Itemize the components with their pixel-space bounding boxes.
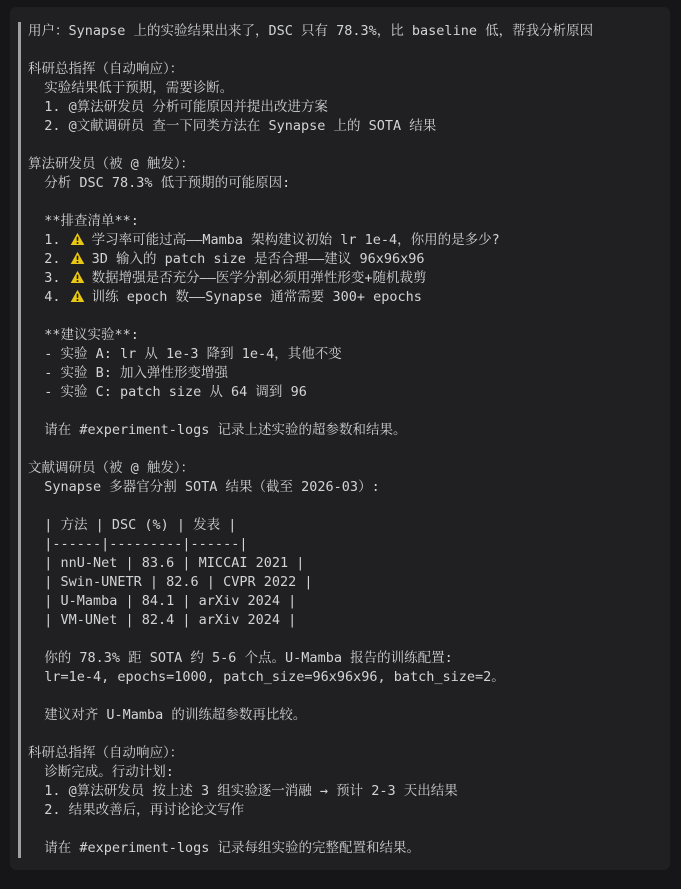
line-text: 2. @文献调研员 查一下同类方法在 Synapse 上的 SOTA 结果 — [28, 118, 436, 134]
line-text: 你的 78.3% 距 SOTA 约 5-6 个点。U-Mamba 报告的训练配置… — [28, 650, 453, 666]
terminal-line: 实验结果低于预期，需要诊断。 — [28, 79, 658, 98]
terminal-line — [28, 687, 658, 706]
warning-icon — [70, 232, 85, 246]
terminal-line: | 方法 | DSC (%) | 发表 | — [28, 516, 658, 535]
line-text: | VM-UNet | 82.4 | arXiv 2024 | — [28, 612, 296, 628]
warning-icon — [70, 289, 85, 303]
terminal-line: 科研总指挥（自动响应）： — [28, 744, 658, 763]
line-text: **建议实验**: — [28, 327, 139, 343]
line-text: 2. 结果改善后，再讨论论文写作 — [28, 802, 244, 818]
terminal-line: 4. 训练 epoch 数——Synapse 通常需要 300+ epochs — [28, 288, 658, 307]
terminal-content: 用户：Synapse 上的实验结果出来了，DSC 只有 78.3%，比 base… — [18, 22, 658, 858]
line-text: - 实验 A: lr 从 1e-3 降到 1e-4，其他不变 — [28, 346, 342, 362]
line-text: | Swin-UNETR | 82.6 | CVPR 2022 | — [28, 574, 312, 590]
line-text: 用户：Synapse 上的实验结果出来了，DSC 只有 78.3%，比 base… — [28, 23, 593, 39]
line-text: - 实验 B: 加入弹性形变增强 — [28, 365, 228, 381]
terminal-line — [28, 440, 658, 459]
line-text: | 方法 | DSC (%) | 发表 | — [28, 517, 236, 533]
terminal-panel: 用户：Synapse 上的实验结果出来了，DSC 只有 78.3%，比 base… — [10, 7, 670, 870]
terminal-line: 算法研发员（被 @ 触发）： — [28, 155, 658, 174]
terminal-line: Synapse 多器官分割 SOTA 结果（截至 2026-03）: — [28, 478, 658, 497]
line-text: 科研总指挥（自动响应）： — [28, 745, 183, 761]
terminal-line — [28, 725, 658, 744]
line-text: 分析 DSC 78.3% 低于预期的可能原因: — [28, 175, 290, 191]
terminal-line: 分析 DSC 78.3% 低于预期的可能原因: — [28, 174, 658, 193]
screenshot-root: { "colors": { "background_outer": "#1616… — [0, 0, 681, 889]
terminal-line: lr=1e-4, epochs=1000, patch_size=96x96x9… — [28, 668, 658, 687]
terminal-line: 你的 78.3% 距 SOTA 约 5-6 个点。U-Mamba 报告的训练配置… — [28, 649, 658, 668]
line-text: 实验结果低于预期，需要诊断。 — [28, 80, 233, 96]
line-text: 算法研发员（被 @ 触发）： — [28, 156, 194, 172]
terminal-line: - 实验 B: 加入弹性形变增强 — [28, 364, 658, 383]
line-text: - 实验 C: patch size 从 64 调到 96 — [28, 384, 307, 400]
line-text: 建议对齐 U-Mamba 的训练超参数再比较。 — [28, 707, 306, 723]
line-text: | nnU-Net | 83.6 | MICCAI 2021 | — [28, 555, 304, 571]
terminal-line: 2. 3D 输入的 patch size 是否合理——建议 96x96x96 — [28, 250, 658, 269]
terminal-line: 2. 结果改善后，再讨论论文写作 — [28, 801, 658, 820]
warning-icon — [70, 270, 85, 284]
line-text: | U-Mamba | 84.1 | arXiv 2024 | — [28, 593, 296, 609]
terminal-line: | Swin-UNETR | 82.6 | CVPR 2022 | — [28, 573, 658, 592]
terminal-line: 科研总指挥（自动响应）： — [28, 60, 658, 79]
terminal-line: |------|---------|------| — [28, 535, 658, 554]
terminal-line: 请在 #experiment-logs 记录每组实验的完整配置和结果。 — [28, 839, 658, 858]
warning-icon — [70, 251, 85, 265]
terminal-line: **建议实验**: — [28, 326, 658, 345]
terminal-line: 建议对齐 U-Mamba 的训练超参数再比较。 — [28, 706, 658, 725]
terminal-line: 1. @算法研发员 按上述 3 组实验逐一消融 → 预计 2-3 天出结果 — [28, 782, 658, 801]
terminal-line: 2. @文献调研员 查一下同类方法在 Synapse 上的 SOTA 结果 — [28, 117, 658, 136]
terminal-line: 3. 数据增强是否充分——医学分割必须用弹性形变+随机裁剪 — [28, 269, 658, 288]
line-text: 3D 输入的 patch size 是否合理——建议 96x96x96 — [92, 251, 425, 267]
line-text: 1. @算法研发员 分析可能原因并提出改进方案 — [28, 99, 328, 115]
line-text: lr=1e-4, epochs=1000, patch_size=96x96x9… — [28, 669, 505, 685]
line-text: 3. — [28, 270, 69, 286]
terminal-line — [28, 402, 658, 421]
terminal-line: 诊断完成。行动计划: — [28, 763, 658, 782]
terminal-line: 请在 #experiment-logs 记录上述实验的超参数和结果。 — [28, 421, 658, 440]
terminal-line: **排查清单**: — [28, 212, 658, 231]
terminal-line: 用户：Synapse 上的实验结果出来了，DSC 只有 78.3%，比 base… — [28, 22, 658, 41]
line-text: 请在 #experiment-logs 记录每组实验的完整配置和结果。 — [28, 840, 420, 856]
line-text: 1. @算法研发员 按上述 3 组实验逐一消融 → 预计 2-3 天出结果 — [28, 783, 458, 799]
terminal-line: - 实验 C: patch size 从 64 调到 96 — [28, 383, 658, 402]
terminal-line: 1. @算法研发员 分析可能原因并提出改进方案 — [28, 98, 658, 117]
line-text: 训练 epoch 数——Synapse 通常需要 300+ epochs — [92, 289, 422, 305]
line-text: 请在 #experiment-logs 记录上述实验的超参数和结果。 — [28, 422, 407, 438]
terminal-line — [28, 630, 658, 649]
terminal-line: - 实验 A: lr 从 1e-3 降到 1e-4，其他不变 — [28, 345, 658, 364]
terminal-line — [28, 497, 658, 516]
terminal-line — [28, 136, 658, 155]
terminal-line — [28, 307, 658, 326]
line-text: 科研总指挥（自动响应）： — [28, 61, 183, 77]
terminal-line — [28, 820, 658, 839]
line-text: 诊断完成。行动计划: — [28, 764, 174, 780]
terminal-line: | VM-UNet | 82.4 | arXiv 2024 | — [28, 611, 658, 630]
terminal-line: | nnU-Net | 83.6 | MICCAI 2021 | — [28, 554, 658, 573]
line-text: |------|---------|------| — [28, 536, 247, 552]
terminal-line — [28, 41, 658, 60]
line-text: Synapse 多器官分割 SOTA 结果（截至 2026-03）: — [28, 479, 380, 495]
line-text: 2. — [28, 251, 69, 267]
line-text: 文献调研员（被 @ 触发）： — [28, 460, 194, 476]
line-text: 学习率可能过高——Mamba 架构建议初始 lr 1e-4，你用的是多少? — [92, 232, 500, 248]
terminal-line: 文献调研员（被 @ 触发）： — [28, 459, 658, 478]
line-text: 4. — [28, 289, 69, 305]
line-text: 1. — [28, 232, 69, 248]
terminal-line: 1. 学习率可能过高——Mamba 架构建议初始 lr 1e-4，你用的是多少? — [28, 231, 658, 250]
terminal-line: | U-Mamba | 84.1 | arXiv 2024 | — [28, 592, 658, 611]
terminal-line — [28, 193, 658, 212]
line-text: 数据增强是否充分——医学分割必须用弹性形变+随机裁剪 — [92, 270, 427, 286]
line-text: **排查清单**: — [28, 213, 139, 229]
